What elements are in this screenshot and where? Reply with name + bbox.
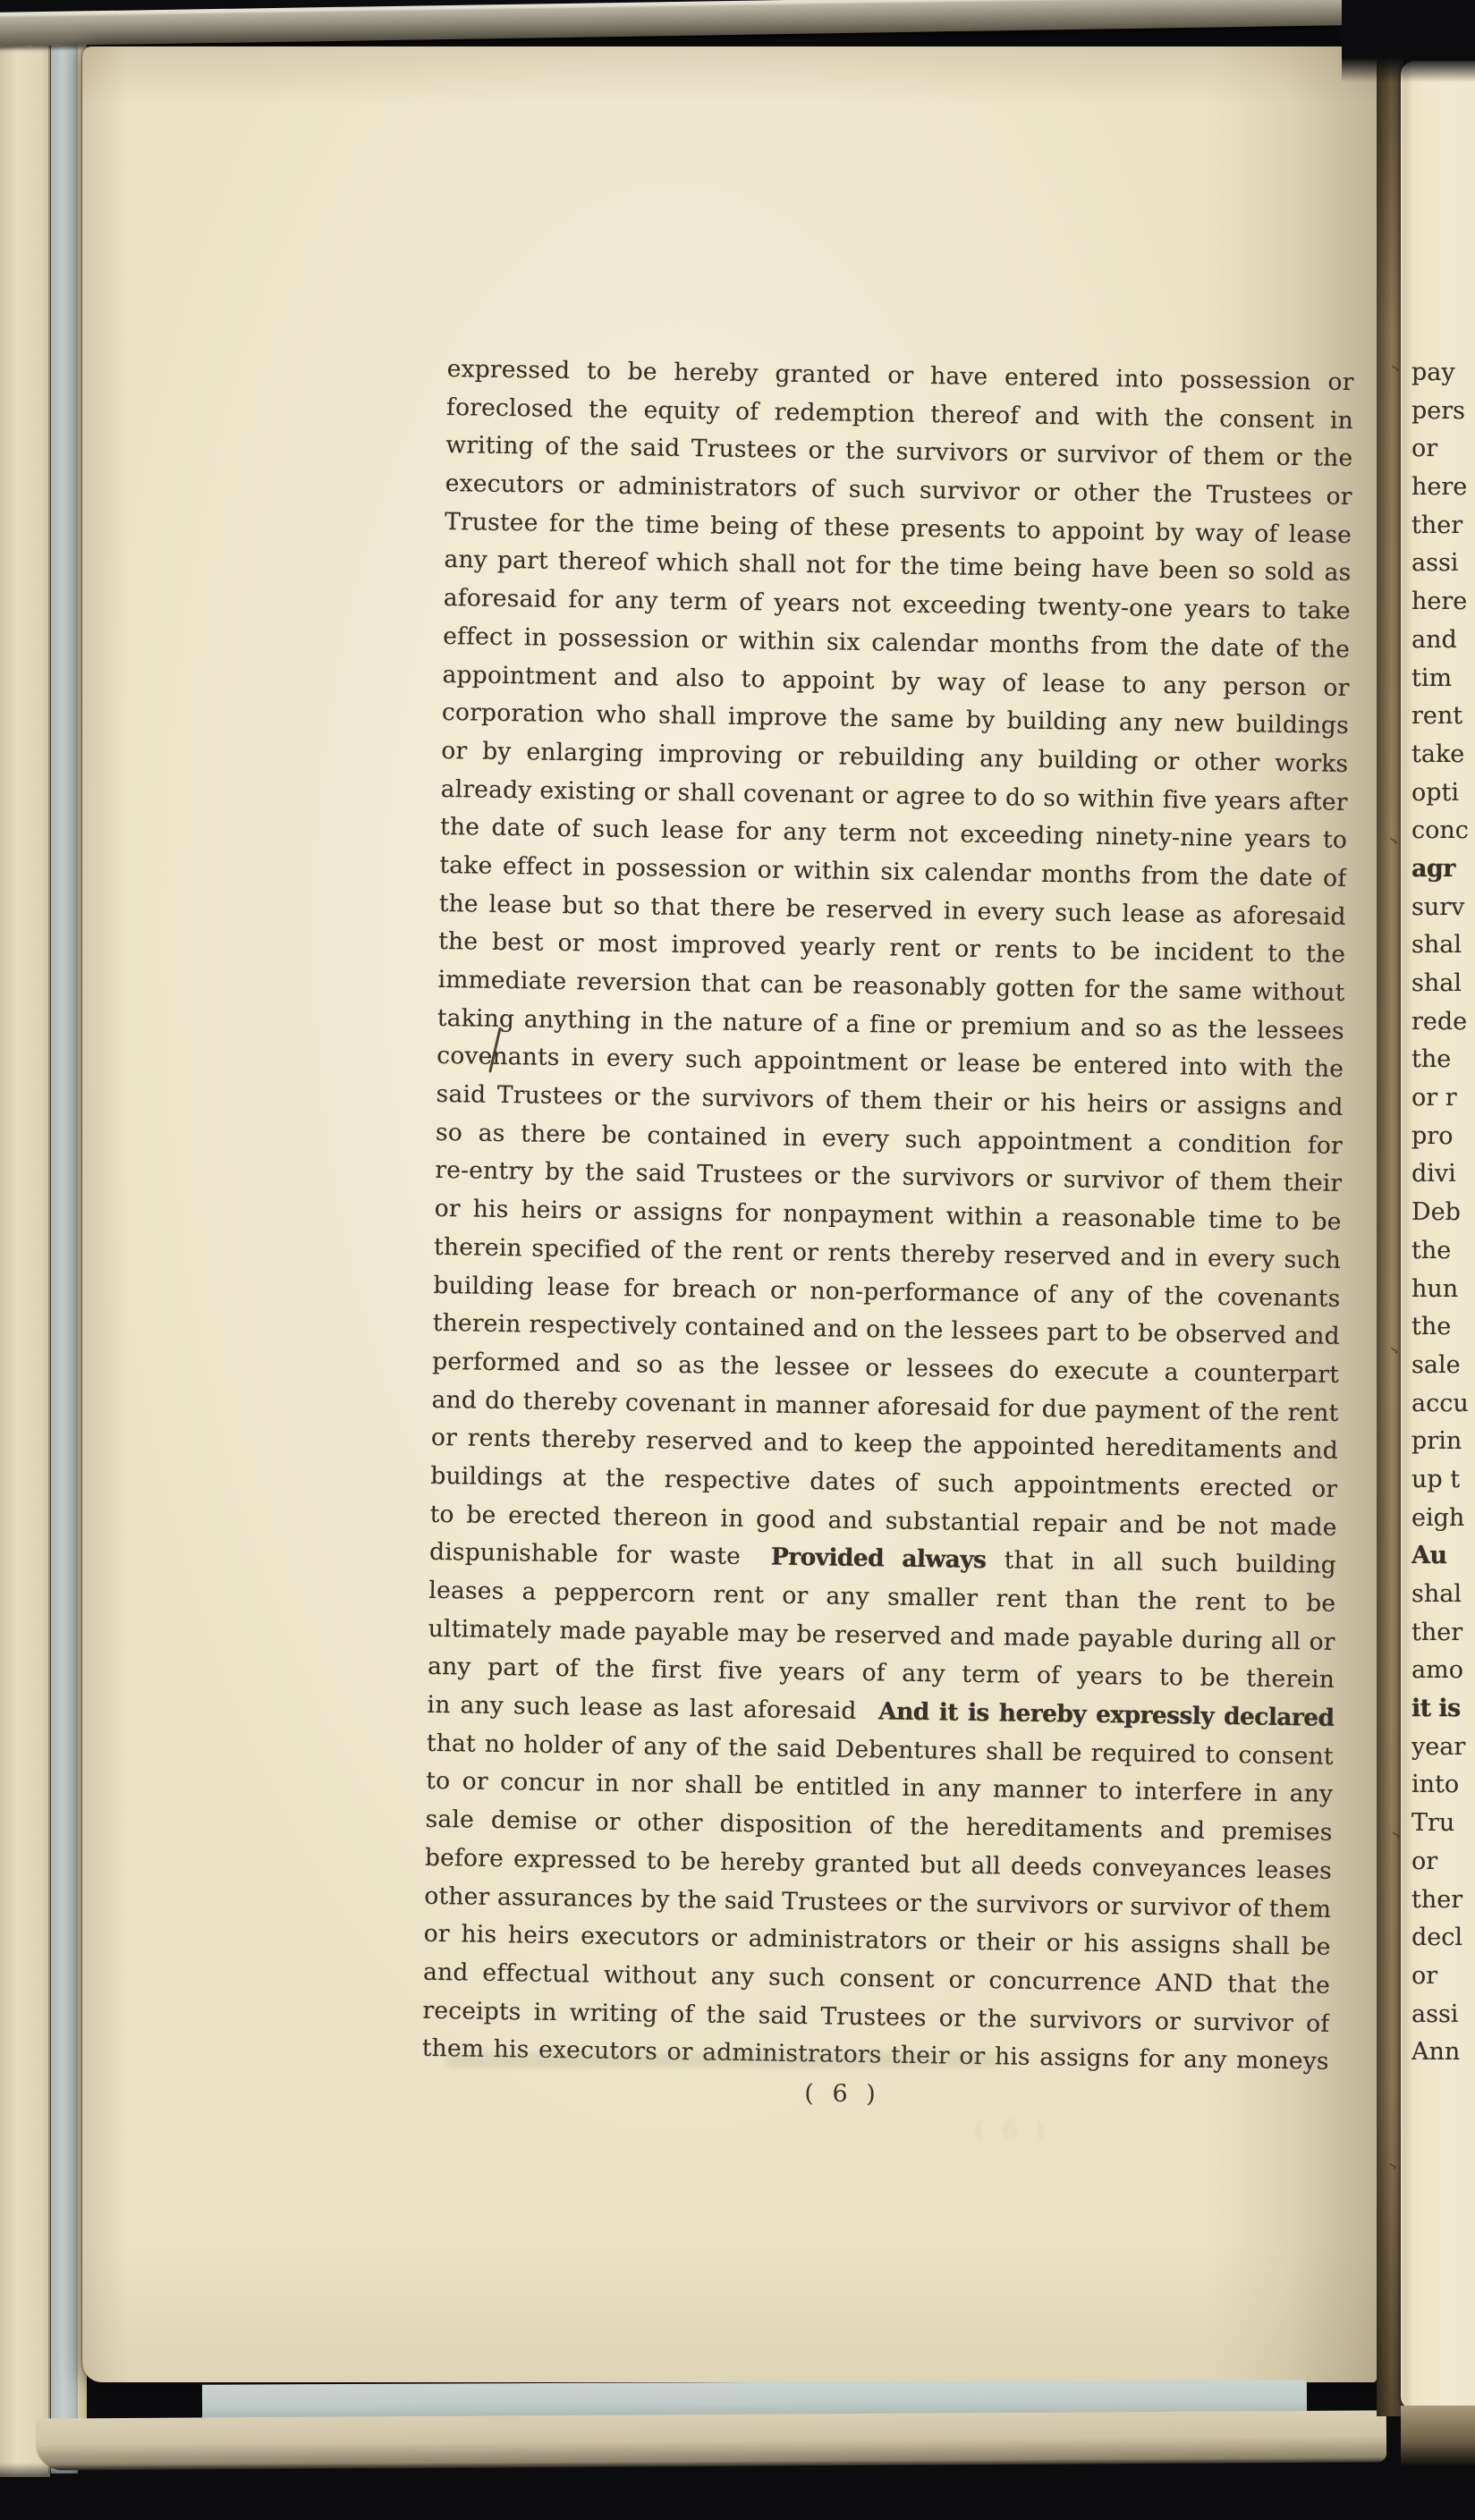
bleedthrough-smudge	[445, 2053, 1000, 2068]
text-line: opti	[1411, 774, 1474, 813]
text-line: accu	[1411, 1385, 1474, 1424]
text-line: the	[1411, 1308, 1474, 1347]
text-segment: Deb	[1411, 1198, 1461, 1226]
right-page-bottom-edge	[1401, 2406, 1475, 2465]
page-edge-tick-icon: ✓	[1387, 1340, 1401, 1357]
text-line: here	[1411, 583, 1474, 622]
text-line: Tru	[1411, 1805, 1474, 1843]
text-line: and	[1411, 622, 1474, 660]
gutter-top-shadow	[1342, 0, 1475, 82]
text-line: amo	[1411, 1652, 1474, 1690]
text-segment: pro	[1411, 1122, 1453, 1150]
right-fragment-text: paypersorheretherassihereandtimrenttakeo…	[1411, 354, 1474, 2072]
text-line: divi	[1411, 1155, 1474, 1194]
text-segment: or	[1411, 1848, 1437, 1875]
right-page-fragment: paypersorheretherassihereandtimrenttakeo…	[1401, 61, 1475, 2409]
text-line: shal	[1411, 1576, 1474, 1614]
text-segment: rede	[1411, 1008, 1467, 1036]
text-line: prin	[1411, 1423, 1474, 1461]
text-segment: the	[1411, 1313, 1451, 1340]
text-line: or r	[1411, 1079, 1474, 1118]
text-line: shal	[1411, 965, 1474, 1003]
text-segment: decl	[1411, 1924, 1462, 1951]
text-segment: up t	[1411, 1466, 1460, 1493]
book-gutter	[1377, 50, 1403, 2416]
text-segment: shal	[1411, 931, 1462, 959]
text-line: tim	[1411, 660, 1474, 698]
text-line: rent	[1411, 698, 1474, 736]
text-line: agr	[1411, 850, 1474, 889]
text-segment: tim	[1411, 664, 1452, 692]
text-segment: accu	[1411, 1390, 1469, 1417]
text-segment: dispunishable for waste	[429, 1538, 771, 1571]
text-segment: ther	[1411, 1619, 1462, 1646]
text-line: pers	[1411, 393, 1474, 431]
page-number-ghost-impression: ( 6 )	[975, 2117, 1082, 2153]
text-segment: opti	[1411, 779, 1459, 807]
text-segment: the	[1411, 1237, 1451, 1264]
text-segment: pay	[1411, 359, 1455, 386]
text-line: Deb	[1411, 1194, 1474, 1232]
book-cover-top-edge	[0, 0, 1392, 47]
text-line: ther	[1411, 507, 1474, 545]
text-line: it is	[1411, 1690, 1474, 1729]
page-edge-tick-icon: ✓	[1388, 359, 1402, 375]
text-line: assi	[1411, 545, 1474, 583]
text-segment: take effect in possession or within six …	[439, 851, 1346, 892]
page-number: ( 6 )	[780, 2074, 905, 2114]
blackletter-phrase: Au	[1411, 1542, 1446, 1569]
text-line: conc	[1411, 812, 1474, 850]
text-line: hun	[1411, 1271, 1474, 1309]
text-segment: that in all such building	[986, 1546, 1336, 1579]
text-line: take	[1411, 736, 1474, 774]
bottom-shadow	[0, 2463, 1475, 2520]
page-edge-tick-icon: ✓	[1389, 1825, 1403, 1841]
text-line: ther	[1411, 1882, 1474, 1920]
text-segment: shal	[1411, 1580, 1462, 1608]
text-segment: or	[1411, 1962, 1437, 1990]
text-segment: and effectual without any such consent o…	[423, 1958, 1330, 2000]
text-line: here	[1411, 469, 1474, 507]
text-segment: prin	[1411, 1427, 1462, 1455]
page-text-block: expressed to be hereby granted or have e…	[422, 351, 1354, 2082]
text-segment: conc	[1411, 816, 1469, 844]
text-line: or	[1411, 430, 1474, 469]
text-segment: said Trustees or the survivors of them t…	[436, 1080, 1343, 1121]
text-line: rede	[1411, 1003, 1474, 1042]
blackletter-phrase: it is	[1411, 1695, 1461, 1722]
page-edge-tick-icon: ✓	[1386, 2156, 1399, 2172]
text-line: pay	[1411, 354, 1474, 393]
text-line: sale	[1411, 1347, 1474, 1385]
text-segment: eigh	[1411, 1504, 1464, 1532]
text-segment: executors or administrators of such surv…	[445, 469, 1352, 511]
text-line: up t	[1411, 1461, 1474, 1500]
text-segment: hun	[1411, 1275, 1458, 1303]
text-segment: expressed to be hereby granted or have e…	[446, 355, 1353, 396]
text-line: assi	[1411, 1996, 1474, 2034]
blackletter-phrase: And it is hereby expressly declared	[878, 1697, 1335, 1732]
text-line: Ann	[1411, 2034, 1474, 2072]
text-line: or	[1411, 1843, 1474, 1882]
text-segment: in any such lease as last aforesaid	[427, 1691, 878, 1725]
text-line: pro	[1411, 1118, 1474, 1156]
text-segment: or	[1411, 435, 1437, 462]
text-segment: ther	[1411, 1886, 1462, 1914]
text-segment: Tru	[1411, 1809, 1454, 1837]
page-stack-gray-edge	[51, 27, 78, 2473]
blackletter-phrase: Provided always	[771, 1543, 987, 1575]
text-segment: assi	[1411, 549, 1458, 577]
text-segment: the	[1411, 1045, 1451, 1073]
text-segment: amo	[1411, 1656, 1463, 1684]
book-spread-photo: expressed to be hereby granted or have e…	[0, 0, 1475, 2520]
text-segment: year	[1411, 1733, 1465, 1761]
text-line: shal	[1411, 926, 1474, 965]
text-segment: surv	[1411, 893, 1464, 921]
text-line: surv	[1411, 889, 1474, 927]
text-line: decl	[1411, 1919, 1474, 1958]
text-segment: or r	[1411, 1084, 1457, 1112]
text-segment: into	[1411, 1771, 1459, 1798]
text-line: into	[1411, 1766, 1474, 1805]
text-line: the	[1411, 1041, 1474, 1079]
text-segment: Ann	[1411, 2038, 1460, 2066]
text-line: or	[1411, 1958, 1474, 1996]
left-pages-edge-stack	[0, 23, 50, 2477]
text-segment: sale	[1411, 1351, 1461, 1379]
page-edge-tick-icon: ✓	[1386, 831, 1400, 847]
text-line: ther	[1411, 1614, 1474, 1653]
text-segment: rent	[1411, 702, 1462, 730]
text-segment: and	[1411, 626, 1457, 654]
text-segment: leases a peppercorn rent or any smaller …	[428, 1577, 1335, 1618]
text-line: year	[1411, 1729, 1474, 1767]
blackletter-phrase: agr	[1411, 855, 1455, 883]
text-segment: immediate reversion that can be reasonab…	[437, 966, 1344, 1007]
text-line: the	[1411, 1232, 1474, 1271]
text-segment: here	[1411, 473, 1467, 501]
text-line: Au	[1411, 1537, 1474, 1576]
text-segment: assi	[1411, 2000, 1458, 2028]
bottom-pages-edge-stack	[36, 2410, 1386, 2470]
text-segment: divi	[1411, 1160, 1456, 1188]
text-segment: here	[1411, 588, 1467, 615]
text-line: eigh	[1411, 1500, 1474, 1538]
text-segment: ther	[1411, 512, 1462, 539]
text-segment: pers	[1411, 397, 1465, 425]
text-segment: take	[1411, 740, 1464, 768]
text-segment: shal	[1411, 969, 1462, 997]
